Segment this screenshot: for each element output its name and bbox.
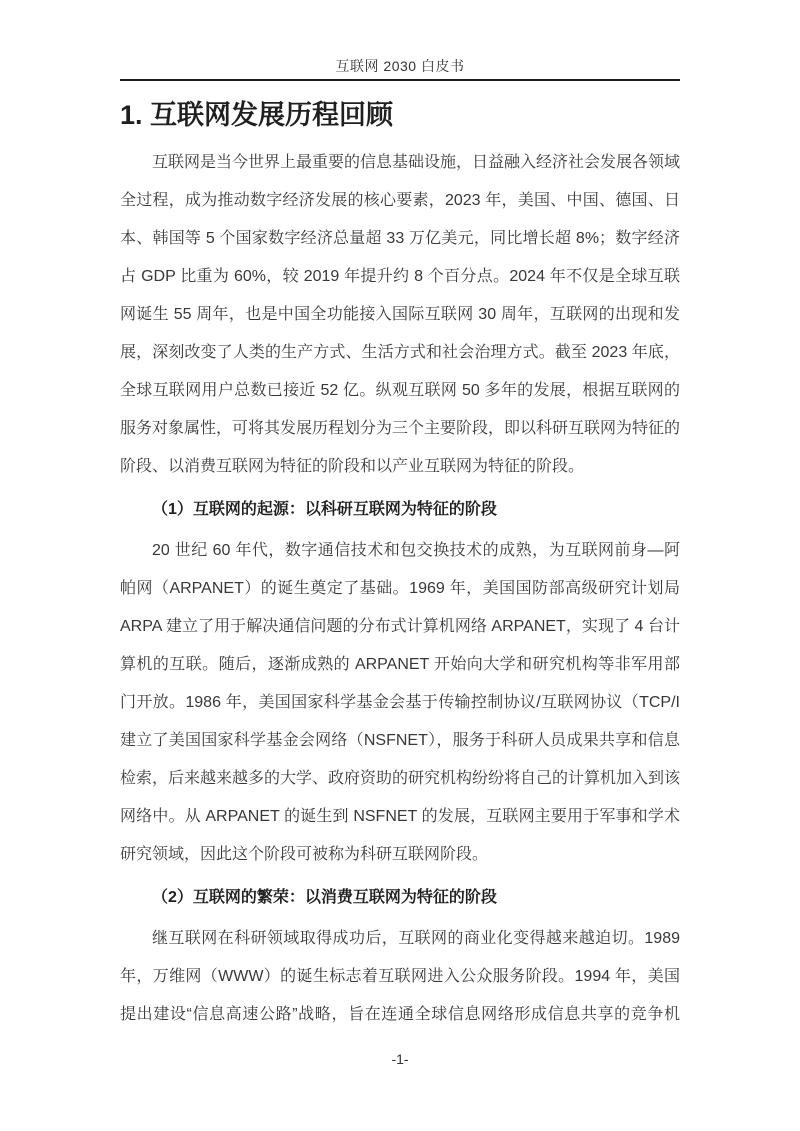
paragraph-line: 全球互联网用户总数已接近 52 亿。纵观互联网 50 多年的发展，根据互联网的: [120, 372, 680, 410]
paragraph-line: 网络中。从 ARPANET 的诞生到 NSFNET 的发展，互联网主要用于军事和…: [120, 798, 680, 836]
paragraph-line: 全过程，成为推动数字经济发展的核心要素，2023 年，美国、中国、德国、日: [120, 182, 680, 220]
header-title: 互联网 2030 白皮书: [120, 0, 680, 74]
paragraph-line: 继互联网在科研领域取得成功后，互联网的商业化变得越来越迫切。1989: [120, 920, 680, 958]
subsection-heading: （2）互联网的繁荣：以消费互联网为特征的阶段: [120, 875, 680, 920]
paragraph: 继互联网在科研领域取得成功后，互联网的商业化变得越来越迫切。1989年，万维网（…: [120, 920, 680, 1034]
paragraph-line: 帕网（ARPANET）的诞生奠定了基础。1969 年，美国国防部高级研究计划局: [120, 570, 680, 608]
paragraph-line: 网诞生 55 周年，也是中国全功能接入国际互联网 30 周年，互联网的出现和发: [120, 296, 680, 334]
paragraph-line: 阶段、以消费互联网为特征的阶段和以产业互联网为特征的阶段。: [120, 448, 680, 486]
paragraph-line: 算机的互联。随后，逐渐成熟的 ARPANET 开始向大学和研究机构等非军用部: [120, 646, 680, 684]
paragraph: 20 世纪 60 年代，数字通信技术和包交换技术的成熟，为互联网前身—阿帕网（A…: [120, 532, 680, 874]
page-number: -1-: [391, 1051, 408, 1067]
paragraph-line: ARPA 建立了用于解决通信问题的分布式计算机网络 ARPANET，实现了 4 …: [120, 608, 680, 646]
paragraph-line: 提出建设“信息高速公路”战略，旨在连通全球信息网络形成信息共享的竞争机: [120, 996, 680, 1034]
paragraph-line: 门开放。1986 年，美国国家科学基金会基于传输控制协议/互联网协议（TCP/I…: [120, 684, 680, 722]
header-rule: [120, 79, 680, 81]
document-body: 互联网是当今世界上最重要的信息基础设施，日益融入经济社会发展各领域全过程，成为推…: [120, 144, 680, 1034]
paragraph-line: 本、韩国等 5 个国家数字经济总量超 33 万亿美元，同比增长超 8%；数字经济: [120, 220, 680, 258]
document-page: 互联网 2030 白皮书 1. 互联网发展历程回顾 互联网是当今世界上最重要的信…: [0, 0, 800, 1131]
paragraph-line: 服务对象属性，可将其发展历程划分为三个主要阶段，即以科研互联网为特征的: [120, 410, 680, 448]
page-header: 互联网 2030 白皮书: [120, 0, 680, 81]
paragraph-line: 建立了美国国家科学基金会网络（NSFNET），服务于科研人员成果共享和信息: [120, 722, 680, 760]
page-footer: -1-: [120, 1050, 680, 1068]
paragraph-line: 检索，后来越来越多的大学、政府资助的研究机构纷纷将自己的计算机加入到该: [120, 760, 680, 798]
paragraph-line: 互联网是当今世界上最重要的信息基础设施，日益融入经济社会发展各领域: [120, 144, 680, 182]
paragraph-line: 年，万维网（WWW）的诞生标志着互联网进入公众服务阶段。1994 年，美国: [120, 958, 680, 996]
paragraph-line: 占 GDP 比重为 60%，较 2019 年提升约 8 个百分点。2024 年不…: [120, 258, 680, 296]
paragraph-line: 研究领域，因此这个阶段可被称为科研互联网阶段。: [120, 836, 680, 874]
paragraph-line: 展，深刻改变了人类的生产方式、生活方式和社会治理方式。截至 2023 年底，: [120, 334, 680, 372]
section-heading: 1. 互联网发展历程回顾: [120, 98, 680, 132]
paragraph: 互联网是当今世界上最重要的信息基础设施，日益融入经济社会发展各领域全过程，成为推…: [120, 144, 680, 486]
subsection-heading: （1）互联网的起源：以科研互联网为特征的阶段: [120, 487, 680, 532]
paragraph-line: 20 世纪 60 年代，数字通信技术和包交换技术的成熟，为互联网前身—阿: [120, 532, 680, 570]
